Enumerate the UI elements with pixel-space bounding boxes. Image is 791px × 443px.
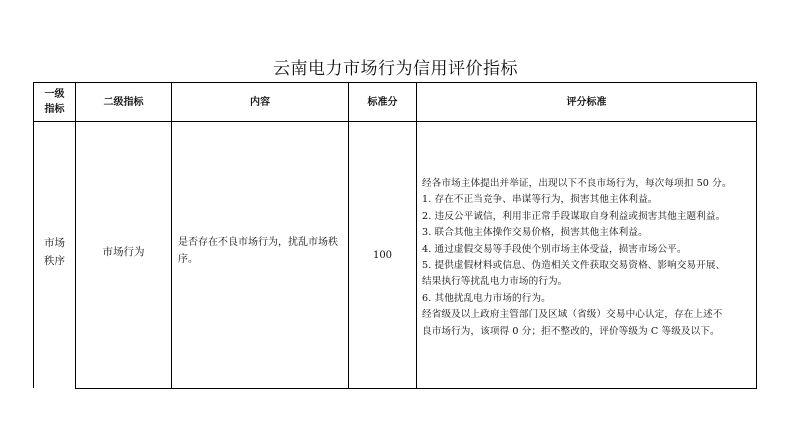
row-standard-score: 100 — [349, 246, 416, 266]
criteria-line: 1. 存在不正当竞争、串谋等行为，损害其他主体利益。 — [422, 192, 756, 208]
col-border-right — [756, 82, 757, 389]
header-standard-score: 标准分 — [349, 83, 416, 121]
row-level2-indicator: 市场行为 — [76, 242, 171, 262]
page-title: 云南电力市场行为信用评价指标 — [0, 54, 791, 79]
criteria-line: 结果执行等扰乱电力市场的行为。 — [422, 274, 756, 290]
criteria-line: 3. 联合其他主体操作交易价格，损害其他主体利益。 — [422, 225, 756, 241]
row-level1-line1: 市场 — [44, 234, 65, 252]
header-content: 内容 — [172, 83, 348, 121]
criteria-line: 经省级及以上政府主管部门及区域（省级）交易中心认定，存在上述不 — [422, 307, 756, 323]
col-border-1 — [75, 82, 76, 389]
row-level1-indicator: 市场 秩序 — [34, 232, 75, 272]
header-scoring-criteria: 评分标准 — [417, 83, 756, 121]
row-content-line1: 是否存在不良市场行为，扰乱市场秩 — [178, 234, 338, 251]
row-content-line2: 序。 — [178, 251, 198, 268]
header-level1-indicator: 一级 指标 — [34, 83, 75, 121]
row-content: 是否存在不良市场行为，扰乱市场秩 序。 — [172, 234, 348, 274]
header-level1-line1: 一级 — [45, 87, 65, 102]
header-level1-line2: 指标 — [45, 102, 65, 117]
row-scoring-criteria: 经各市场主体提出并举证，出现以下不良市场行为，每次每项扣 50 分。 1. 存在… — [422, 176, 756, 340]
col-border-3 — [348, 82, 349, 389]
criteria-line: 良市场行为，该项得 0 分；拒不整改的，评价等级为 C 等级及以下。 — [422, 324, 756, 340]
criteria-line: 6. 其他扰乱电力市场的行为。 — [422, 291, 756, 307]
criteria-line: 经各市场主体提出并举证，出现以下不良市场行为，每次每项扣 50 分。 — [422, 176, 756, 192]
criteria-line: 4. 通过虚假交易等手段使个别市场主体受益，损害市场公平。 — [422, 242, 756, 258]
col-border-4 — [416, 82, 417, 389]
header-bottom-border — [33, 121, 757, 122]
row-level1-line2: 秩序 — [44, 252, 65, 270]
criteria-line: 2. 违反公平诚信，利用非正常手段谋取自身利益或损害其他主题利益。 — [422, 209, 756, 225]
criteria-line: 5. 提供虚假材料或信息、伪造相关文件获取交易资格、影响交易开展、 — [422, 258, 756, 274]
header-level2-indicator: 二级指标 — [76, 83, 171, 121]
